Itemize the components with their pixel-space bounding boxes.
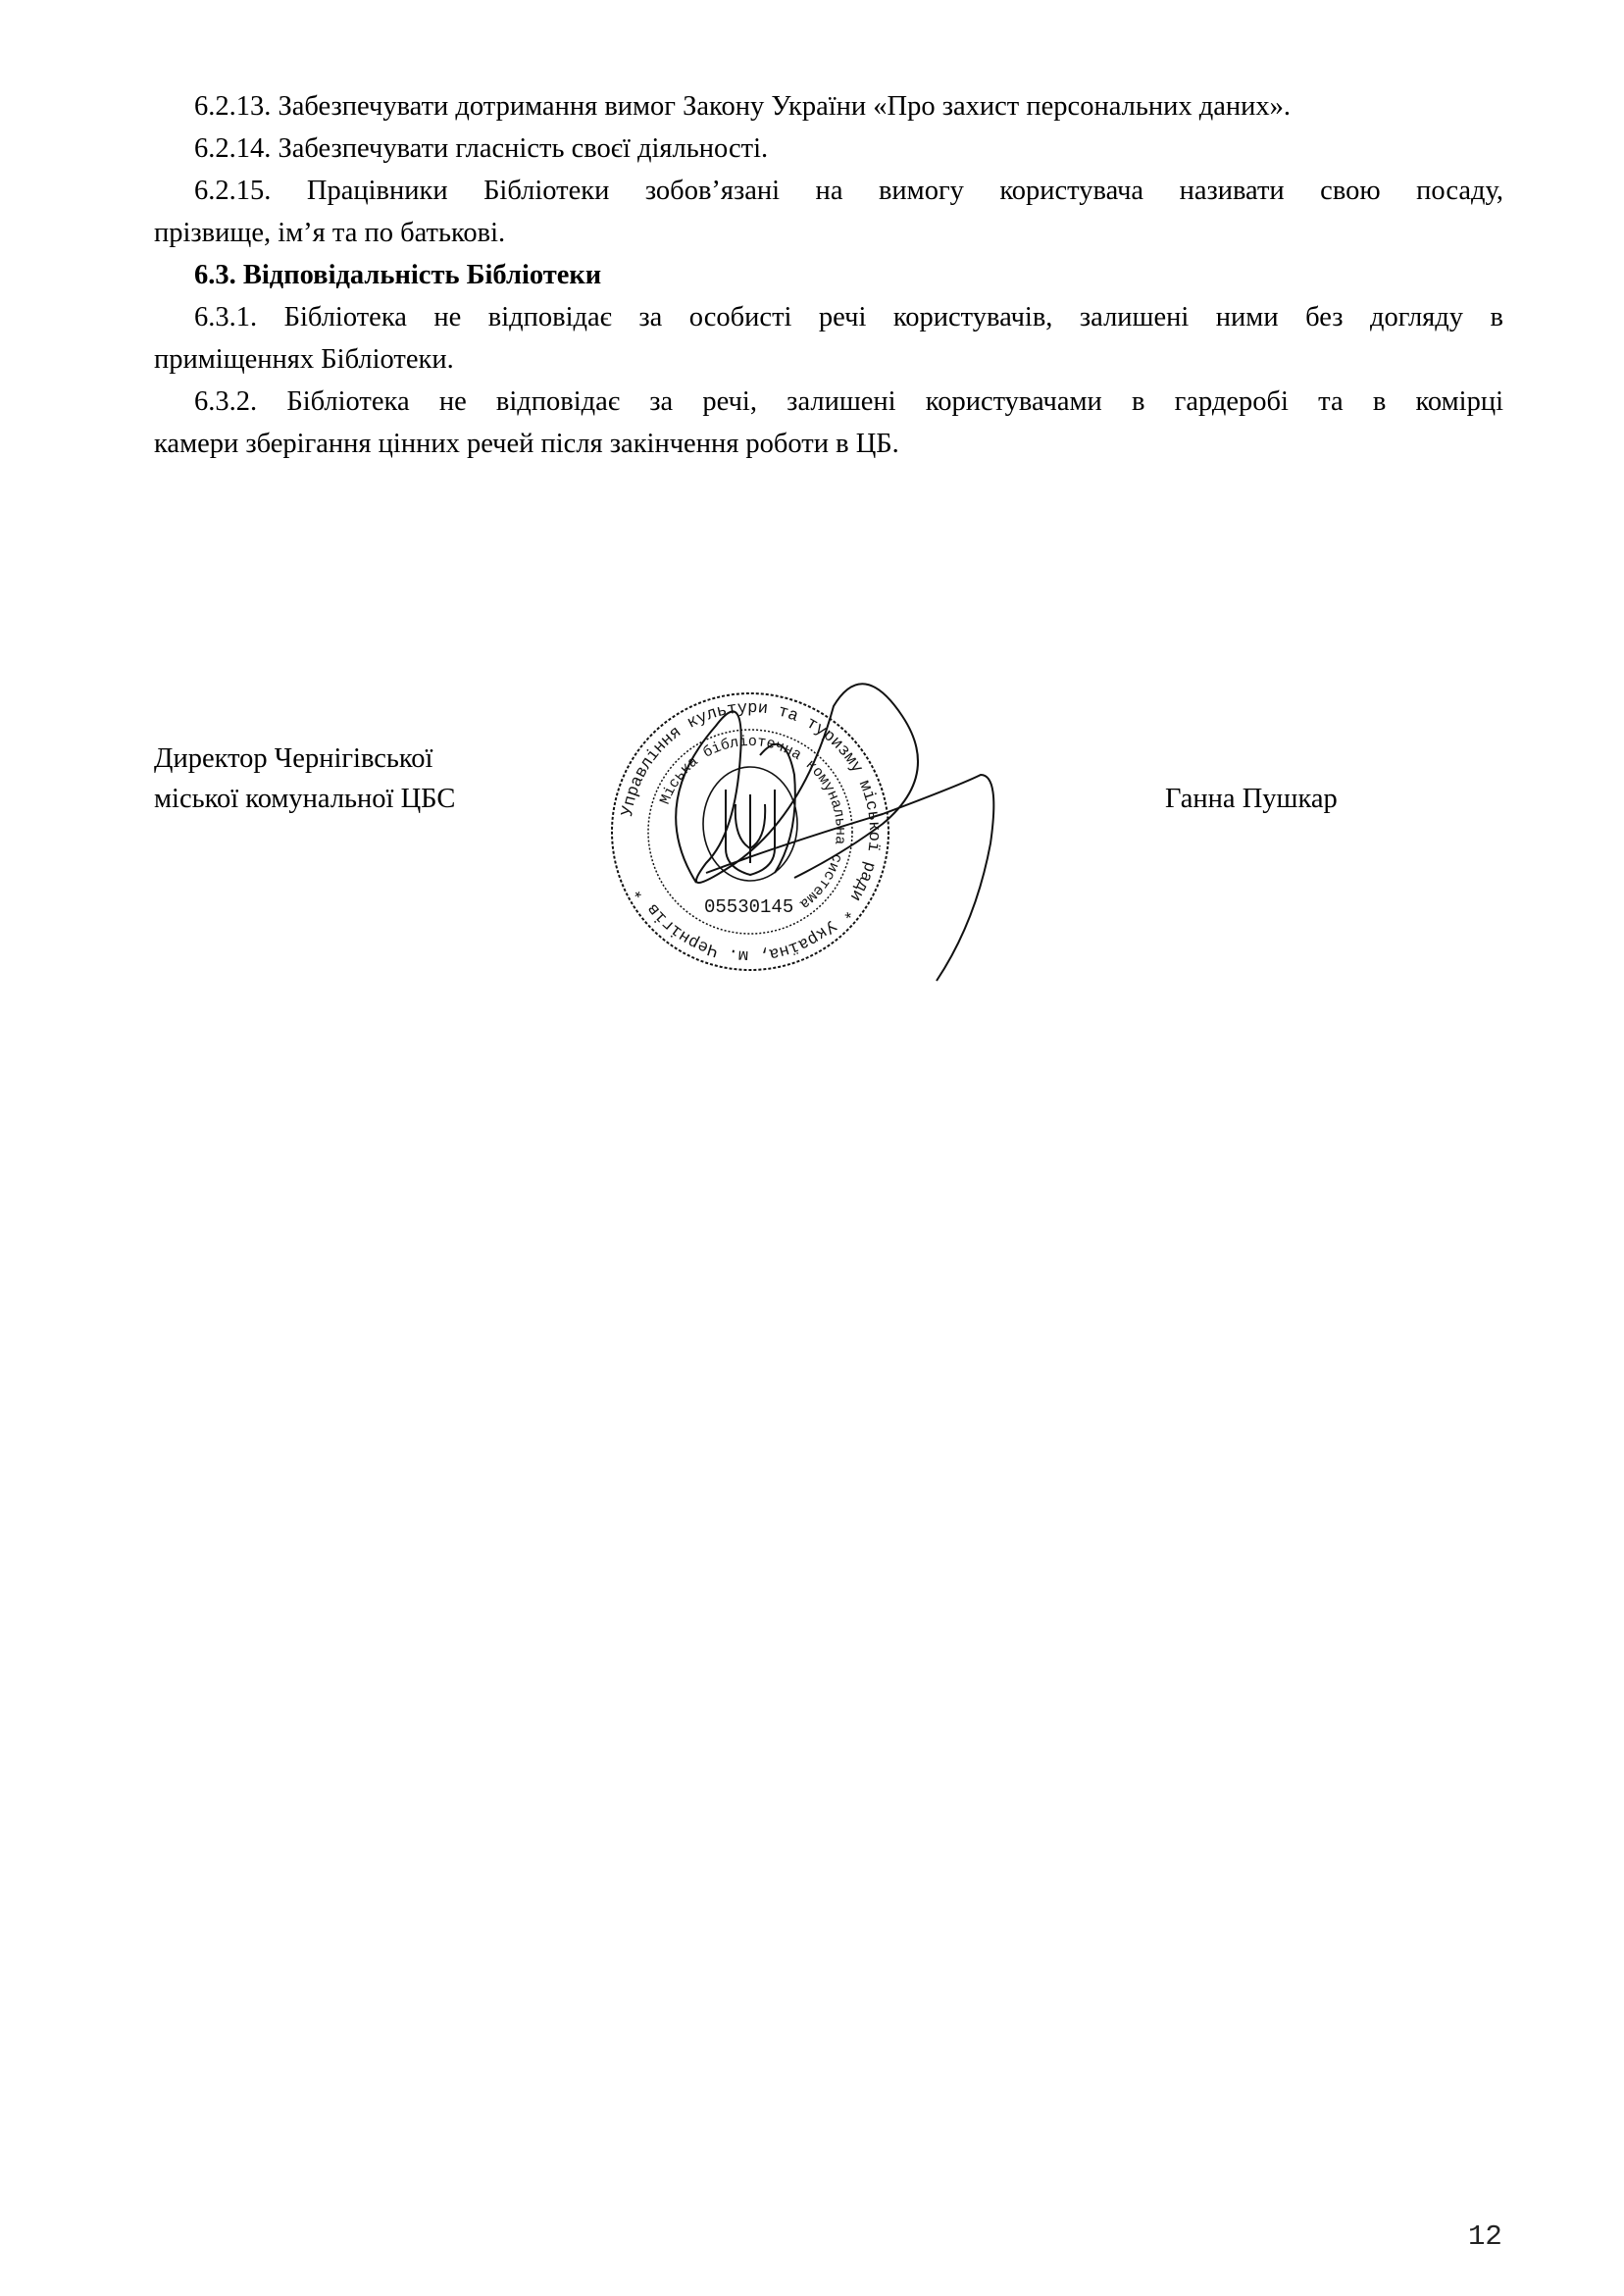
paragraph-6-3-1-line-1: 6.3.1. Бібліотека не відповідає за особи… xyxy=(194,304,1503,332)
document-page: 6.2.13. Забезпечувати дотримання вимог З… xyxy=(0,0,1624,2296)
paragraph-6-3-1-line-2: приміщеннях Бібліотеки. xyxy=(154,346,1503,375)
paragraph-6-3-2-line-1: 6.3.2. Бібліотека не відповідає за речі,… xyxy=(194,388,1503,417)
paragraph-6-2-14: 6.2.14. Забезпечувати гласність своєї ді… xyxy=(194,135,1503,164)
signatory-position-line-1: Директор Чернігівської xyxy=(154,745,432,774)
paragraph-6-3-2-line-2: камери зберігання цінних речей після зак… xyxy=(154,431,1503,459)
official-stamp-with-signature: Управління культури та туризму міської р… xyxy=(588,667,1020,1000)
paragraph-6-2-15-line-2: прізвище, ім’я та по батькові. xyxy=(154,220,1503,248)
signatory-name: Ганна Пушкар xyxy=(1165,786,1338,814)
section-heading-6-3: 6.3. Відповідальність Бібліотеки xyxy=(194,262,1503,290)
svg-text:05530145: 05530145 xyxy=(704,896,793,918)
paragraph-6-2-15-line-1: 6.2.15. Працівники Бібліотеки зобов’язан… xyxy=(194,178,1503,206)
paragraph-6-2-13: 6.2.13. Забезпечувати дотримання вимог З… xyxy=(194,93,1503,122)
svg-text:Міська бібліотечна комунальна: Міська бібліотечна комунальна система xyxy=(657,734,848,912)
signatory-position-line-2: міської комунальної ЦБС xyxy=(154,786,455,814)
page-number: 12 xyxy=(1468,2222,1502,2251)
